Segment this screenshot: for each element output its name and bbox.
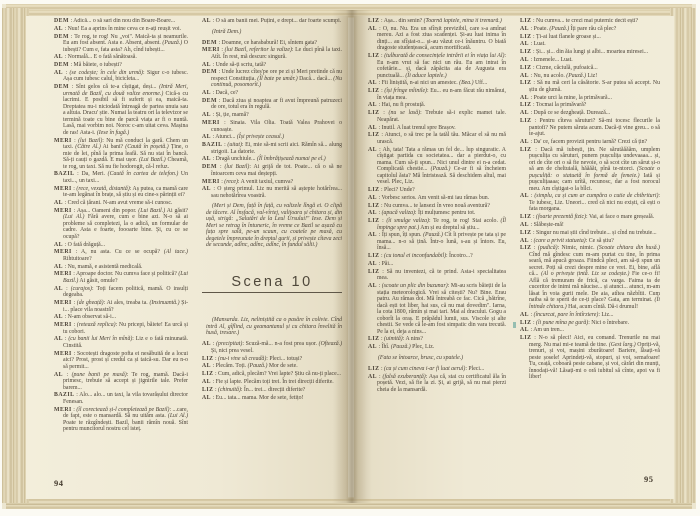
speaker-name: AL [54, 54, 63, 60]
speaker-name: DEM [54, 18, 69, 24]
speaker-name: LIZ [520, 18, 532, 24]
speaker-name: MERI [54, 351, 72, 357]
dialogue-block: LIZ : (îi smulge valiza): Te rog, te rog… [368, 218, 506, 231]
dialogue-block: LIZ : Atunci, o să trec pe la tatăl tău.… [368, 132, 506, 145]
speaker-name: LIZ [368, 18, 380, 24]
speaker-name: DEM [202, 40, 217, 46]
dialogue-block: AL : Cred că țărani. N-am avut vreme să-… [54, 200, 188, 207]
text-column-right-1: LIZ : Așa... din senin? (Toarnă laptele,… [368, 18, 506, 466]
dialogue-block: AL : Nu, nu acolo. (Pauză.) Liz! [520, 73, 660, 80]
speaker-name: LIZ [202, 371, 214, 377]
dialogue-block: AL : (scoate un plic din buzunar): Mi-au… [368, 283, 506, 335]
scan-artifact-mark [513, 322, 516, 328]
speaker-name: LIZ [368, 88, 380, 94]
speaker-name: AL [520, 312, 529, 318]
dialogue-block: MERI : (rece, vexată, distantă): Aș pute… [54, 186, 188, 199]
scene-heading: Scena 10 [202, 279, 342, 294]
text-column-left-2: AL : O să am banii mei. Puțini, e drept.… [202, 18, 342, 466]
speaker-name: LIZ [202, 356, 214, 362]
speaker-name: AL [520, 193, 529, 199]
speaker-name: AL [54, 242, 63, 248]
dialogue-block: AL : (falsă exuberanță): Așa că, stai cu… [368, 374, 506, 394]
speaker-name: LIZ [368, 187, 380, 193]
speaker-name: AL [202, 62, 211, 68]
dialogue-block: AL : Slăbește-mă! [520, 222, 660, 229]
dialogue-block: AL : (pune banii pe masă): Te rog, mamă.… [54, 372, 188, 392]
speaker-name: AL [520, 57, 529, 63]
stage-direction: (Intră Dem.) [202, 29, 342, 36]
dialogue-block: AL : (care a privit statueta): Ce să ști… [520, 238, 660, 245]
dialogue-block: MERI : Socotești dragoste pofta ei nesăb… [54, 351, 188, 371]
dialogue-block: MERI : (lui Bazil, referitor la valize):… [202, 47, 342, 60]
speaker-name: AL [54, 200, 63, 206]
dialogue-block: DEM : Sînt gelos că te-a cîștigat, deși.… [54, 84, 188, 136]
speaker-name: AL [520, 73, 529, 79]
speaker-name: MERI [54, 322, 72, 328]
speaker-name: LIZ [368, 132, 380, 138]
speaker-name: LIZ [520, 335, 532, 341]
speaker-name: AL [202, 363, 211, 369]
stage-direction: (Mansarda. Liz, neliniștită ca o pasăre … [202, 317, 342, 337]
speaker-name: LIZ [202, 387, 214, 393]
speaker-name: AL [520, 139, 529, 145]
speaker-name: AL [520, 110, 529, 116]
speaker-name: DEM [202, 98, 217, 104]
speaker-name: AL [202, 341, 211, 347]
speaker-name: LIZ [520, 65, 532, 71]
speaker-name: AL [202, 379, 211, 385]
dialogue-block: MERI : (rece): A venit taxiul, cumva? [202, 179, 342, 186]
speaker-name: AL [202, 112, 211, 118]
dialogue-block: MERI : (de gheață): Ai ales, treaba ta. … [54, 300, 188, 313]
dialogue-block: LIZ : (nu se lasă): Trebuie să-i explic … [368, 110, 506, 123]
speaker-name: LIZ [368, 269, 380, 275]
speaker-name: DEM [202, 69, 217, 75]
speaker-name: AL [368, 344, 377, 350]
speaker-name: AL [368, 26, 377, 32]
dialogue-block: LIZ : Singur nu mai știi cînd trebuie...… [520, 230, 660, 237]
dialogue-block: LIZ : (ca și cum cineva i-ar fi luat aer… [368, 366, 506, 373]
speaker-name: LIZ [520, 80, 532, 86]
dialogue-block: AL : Dacă, ce? [202, 90, 342, 97]
dialogue-block: LIZ : Dacă mă iubești, țin. Ne sărutăăăă… [520, 147, 660, 193]
speaker-name: AL [54, 26, 63, 32]
speaker-name: AL [54, 372, 63, 378]
dialogue-block: AL : După ce se dezgheață. Durează... [520, 110, 660, 117]
dialogue-block: AL : Îți spun, îți spun. (Pauză.) Cît îi… [368, 232, 506, 252]
dialogue-block: DEM : Doamne, ce harababură! Ei, sîntem … [202, 40, 342, 47]
dialogue-block: AL : Hai, nu fi prostuță. [368, 102, 506, 109]
speaker-name: BAZIL [54, 392, 75, 398]
dialogue-block: AL : (simplu, ca și cum ar cumpăra o cut… [520, 193, 660, 213]
dialogue-block: MERI : Sinaia. Vila Olia. Toată Valea Pr… [202, 120, 342, 133]
dialogue-block: AL : Îhî. (Pauză.) Plec, Liz. [368, 344, 506, 351]
dialogue-block: AL : (curajos): Toți facem politică, mam… [54, 286, 188, 299]
dialogue-block: AL : Plecăm. Toți. (Pauză.) Mor de sete. [202, 363, 342, 370]
dialogue-block: AL : Dragă unchiule... (Îl îmbrățișează … [202, 156, 342, 163]
dialogue-block: AL : Atunci... (Își privește ceasul.) [202, 134, 342, 141]
speaker-name: MERI [54, 271, 72, 277]
dialogue-block: AL : Unde să-ți scriu, tată? [202, 62, 342, 69]
dialogue-block: AL : Ah, tata! Tata a rămas un fel de...… [368, 147, 506, 186]
dialogue-block: LIZ : Nu cumva... te crezi mai puternic … [520, 18, 660, 25]
dialogue-block: MERI : Aproape doctor. Nu cumva face și … [54, 271, 188, 284]
dialogue-block: AL : O fată drăguță... [54, 242, 188, 249]
speaker-name: MERI [54, 300, 72, 306]
speaker-name: AL [202, 18, 211, 24]
page-number-right: 95 [644, 474, 654, 484]
speaker-name: AL [54, 264, 63, 270]
dialogue-block: LIZ : (își frînge mîinile): Eu... eu n-a… [368, 88, 506, 101]
dialogue-block: AL : Izmenele... Luat. [520, 57, 660, 64]
speaker-name: AL [368, 102, 377, 108]
speaker-name: AL [368, 80, 377, 86]
dialogue-block: DEM : Adică... o să sari din nou din Boa… [54, 18, 188, 25]
dialogue-block: AL : (cu banii lui Meri în mînă): Liz e … [54, 336, 188, 349]
speaker-name: BAZIL [54, 171, 75, 177]
dialogue-block: AL : Nuu! Ea a aprins în mine ceva ce n-… [54, 26, 188, 33]
dialogue-block: LIZ : Cum, adică, plecăm? Vrei lapte? Șt… [202, 371, 342, 378]
dialogue-block: LIZ : N-o să pleci! Aici, eu comand. Tre… [520, 335, 660, 381]
dialogue-block: LIZ : Să nu inventezi, că te prind. Asta… [368, 269, 506, 282]
dialogue-block: AL : Normală... E o fată sănătoasă. [54, 54, 188, 61]
dialogue-block: LIZ : Pleci? Unde? [368, 187, 506, 194]
speaker-name: DEM [54, 84, 69, 90]
speaker-name: AL [368, 374, 377, 380]
speaker-name: AL [520, 222, 529, 228]
speaker-name: AL [520, 41, 529, 47]
dialogue-block: LIZ : Ți-ai luat flanele groase și... [520, 34, 660, 41]
speaker-name: AL [202, 395, 211, 401]
speaker-name: MERI [54, 208, 72, 214]
dialogue-block: AL : Poate urci la mine, la primăvară... [520, 95, 660, 102]
dialogue-block: AL : (precipitat): Scuză-mă... n-a fost … [202, 341, 342, 354]
speaker-name: AL [54, 314, 63, 320]
dialogue-block: MERI : Așa... Oameni din popor. (Lui Baz… [54, 208, 188, 241]
speaker-name: AL [520, 26, 529, 32]
speaker-name: LIZ [520, 102, 532, 108]
speaker-name: MERI [202, 120, 220, 126]
text-column-left-1: DEM : Adică... o să sari din nou din Boa… [54, 18, 188, 466]
speaker-name: LIZ [520, 34, 532, 40]
dialogue-block: BAZIL : Alo... alo... un taxi, la vila t… [54, 392, 188, 405]
text-column-right-2: LIZ : Nu cumva... te crezi mai puternic … [520, 18, 660, 466]
speaker-name: AL [202, 186, 211, 192]
dialogue-block: BAZIL : Da, Meri. (Caută în cartea de te… [54, 171, 188, 184]
dialogue-block: LIZ : Cizme, căciulă, pufoaică... [520, 65, 660, 72]
dialogue-block: AL : Am un tren... [520, 327, 660, 334]
dialogue-block: DEM : Unde lucrez cîteș'pe ore pe zi și … [202, 69, 342, 89]
speaker-name: BAZIL [202, 142, 223, 148]
dialogue-block: AL : Păi... [368, 261, 506, 268]
dialogue-block: AL : Eu... tata... mama. Mor de sete, fe… [202, 395, 342, 402]
dialogue-block: LIZ : (nu-i vine să creadă): Pleci... to… [202, 356, 342, 363]
speaker-name: AL [368, 283, 377, 289]
dialogue-block: AL : O, nu. Nu. Era un sfîrșit previzibi… [368, 26, 506, 52]
dialogue-block: DEM : (lui Bazil): Ai grijă de tot. Poat… [202, 164, 342, 177]
speaker-name: AL [368, 195, 377, 201]
page-stack-edge-left [2, 8, 29, 503]
speaker-name: AL [202, 134, 211, 140]
dialogue-block: AL : (încurcat, pare în întîrziere): Liz… [520, 312, 660, 319]
dialogue-block: BAZIL : (uitat): Ei, mie să-mi scrii aic… [202, 142, 342, 155]
dialogue-block: AL : (apucă valiza): Îți mulțumesc pentr… [368, 210, 506, 217]
speaker-name: DEM [54, 34, 69, 40]
open-book-spread: DEM : Adică... o să sari din nou din Boa… [2, 4, 696, 509]
dialogue-block: DEM : Dacă ziua și noaptea ar fi avut îm… [202, 98, 342, 111]
dialogue-block: LIZ : (pudică): Nimic, nimic. (Scoate ch… [520, 245, 660, 310]
speaker-name: DEM [202, 164, 217, 170]
stage-direction: (Meri și Dem, față în față, cu valizele … [202, 203, 342, 249]
scene-heading-text: Scena 10 [202, 279, 342, 286]
speaker-name: MERI [54, 407, 72, 413]
dialogue-block: AL : O șterg primul. Liz nu merită să aș… [202, 186, 342, 199]
speaker-name: AL [54, 286, 63, 292]
speaker-name: AL [54, 336, 63, 342]
dialogue-block: AL : Fie și lapte. Plecăm toți trei. În … [202, 379, 342, 386]
speaker-name: LIZ [368, 110, 380, 116]
speaker-name: LIZ [520, 230, 532, 236]
speaker-name: MERI [54, 138, 72, 144]
speaker-name: MERI [202, 47, 220, 53]
speaker-name: AL [202, 156, 211, 162]
dialogue-block: LIZ : Nu cumva... te lansezi în vreo nou… [368, 203, 506, 210]
speaker-name: LIZ [520, 147, 532, 153]
dialogue-block: MERI : (retează replica): Nu pricepi, bă… [54, 322, 188, 335]
dialogue-block: LIZ : (chinuită): În... trei... direcții… [202, 387, 342, 394]
speaker-name: MERI [54, 249, 72, 255]
speaker-name: LIZ [520, 49, 532, 55]
speaker-name: MERI [54, 186, 72, 192]
speaker-name: LIZ [520, 320, 532, 326]
dialogue-block: AL : (se codește; în cele din urmă): Sig… [54, 70, 188, 83]
dialogue-block: LIZ : (foarte prezentă fizic): Vai, ai f… [520, 214, 660, 221]
speaker-name: AL [202, 90, 211, 96]
dialogue-block: LIZ : (cu tonul ei inconfundabil): Încot… [368, 253, 506, 260]
dialogue-block: AL : Luat. [520, 41, 660, 48]
dialogue-block: LIZ : Pentru cîteva săruturi? Să-mi toce… [520, 118, 660, 138]
dialogue-block: AL : Vorbesc serios. Am venit să-mi iau … [368, 195, 506, 202]
scene-heading-rule [202, 292, 342, 293]
dialogue-block: LIZ : (uimită): A nins? [368, 336, 506, 343]
speaker-name: LIZ [368, 203, 380, 209]
dialogue-block: AL : O să am banii mei. Puțini, e drept.… [202, 18, 342, 25]
speaker-name: LIZ [520, 245, 532, 251]
dialogue-block: AL : Fii liniștită, n-ai nici un amestec… [368, 80, 506, 87]
dialogue-block: AL : Inutil. A luat trenul spre Brașov. [368, 125, 506, 132]
speaker-name: LIZ [368, 366, 380, 372]
speaker-name: AL [520, 238, 529, 244]
dialogue-block: LIZ : Tocmai la primăvară? [520, 102, 660, 109]
book-scan: { "page_left": { "number": "94", "column… [0, 0, 700, 516]
speaker-name: DEM [54, 62, 69, 68]
speaker-name: AL [368, 147, 377, 153]
dialogue-block: AL : Nu, mamă, e asistentă medicală. [54, 264, 188, 271]
speaker-name: AL [520, 95, 529, 101]
speaker-name: LIZ [520, 214, 532, 220]
dialogue-block: AL : Da' ce, facem provizii pentru iarnă… [520, 139, 660, 146]
speaker-name: AL [368, 210, 377, 216]
dialogue-block: MERI : (lui Bazil): Nu mă conduci la gar… [54, 138, 188, 171]
dialogue-block: LIZ : Să nu mă ceri la căsătorie. S-ar p… [520, 80, 660, 93]
dialogue-block: AL : Și, ție, mamă? [202, 112, 342, 119]
dialogue-block: LIZ : (tulburată de consecințele intrări… [368, 53, 506, 79]
speaker-name: AL [368, 232, 377, 238]
dialogue-block: DEM : Mă băiete, o iubești? [54, 62, 188, 69]
page-number-left: 94 [54, 478, 64, 488]
speaker-name: AL [520, 327, 529, 333]
speaker-name: LIZ [368, 253, 380, 259]
dialogue-block: LIZ : Așa... din senin? (Toarnă laptele,… [368, 18, 506, 25]
stage-direction: (Fata se întoarce, brusc, cu spatele.) [368, 355, 506, 362]
speaker-name: AL [368, 261, 377, 267]
speaker-name: LIZ [368, 336, 380, 342]
dialogue-block: AL : Poate. (Pauză.) Îți pare rău că ple… [520, 26, 660, 33]
speaker-name: AL [54, 70, 63, 76]
speaker-name: LIZ [520, 118, 532, 124]
speaker-name: LIZ [368, 53, 380, 59]
speaker-name: LIZ [368, 218, 380, 224]
speaker-name: AL [368, 125, 377, 131]
dialogue-block: MERI : A, nu asta. Cu ce se ocupă? (Al t… [54, 249, 188, 262]
dialogue-block: DEM : Te rog, te rog! Nu „voi". Maică-ta… [54, 34, 188, 54]
dialogue-block: AL : N-am observat să-i... [54, 314, 188, 321]
dialogue-block: LIZ : (îi pune mîna pe gură): Nici o înt… [520, 320, 660, 327]
dialogue-block: MERI : (îl corectează și-l completează p… [54, 407, 188, 433]
dialogue-block: LIZ : Și... și... din ăia lungi și albi.… [520, 49, 660, 56]
speaker-name: MERI [202, 179, 220, 185]
